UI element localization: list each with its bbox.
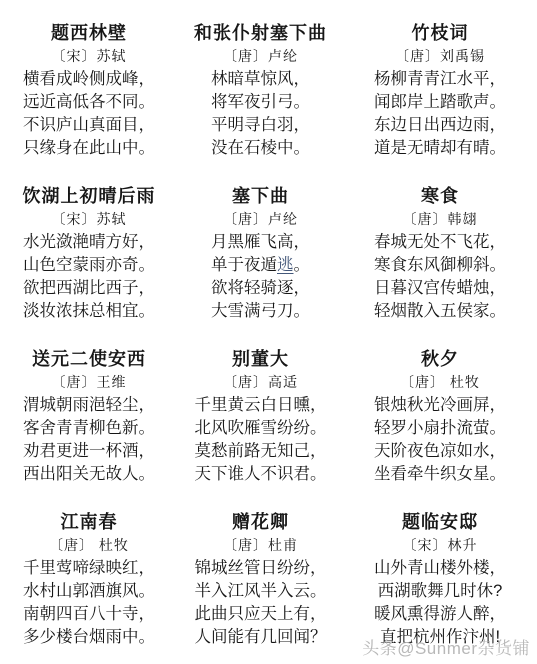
poem-title: 题临安邸 [343, 511, 537, 534]
poem-line: 渭城朝雨浥轻尘， [0, 394, 178, 417]
poem-author: 〔唐〕卢纶 [178, 45, 343, 68]
poem-line: 淡妆浓抹总相宜。 [0, 300, 178, 323]
poem-line: 坐看牵牛织女星。 [343, 463, 537, 486]
underlined-character: 逃 [277, 256, 294, 274]
poem-title: 竹枝词 [343, 22, 537, 45]
poem-line: 大雪满弓刀。 [178, 300, 343, 323]
poem-author: 〔唐〕 杜牧 [343, 371, 537, 394]
poem-line: 天下谁人不识君。 [178, 463, 343, 486]
poem-title: 饮湖上初晴后雨 [0, 185, 178, 208]
poem-line: 客舍青青柳色新。 [0, 417, 178, 440]
poem-line: 山外青山楼外楼， [343, 557, 537, 580]
poem-title: 和张仆射塞下曲 [178, 22, 343, 45]
poem-line: 北风吹雁雪纷纷。 [178, 417, 343, 440]
poem-line: 莫愁前路无知己， [178, 440, 343, 463]
poem-line: 劝君更进一杯酒， [0, 440, 178, 463]
poem-author: 〔唐〕卢纶 [178, 208, 343, 231]
line-segment: 。 [294, 256, 311, 274]
poem-card-tixilinbi: 题西林壁 〔宋〕苏轼 横看成岭侧成峰， 远近高低各不同。 不识庐山真面目， 只缘… [0, 13, 178, 176]
poem-author: 〔宋〕苏轼 [0, 45, 178, 68]
poem-line: 水村山郭酒旗风。 [0, 580, 178, 603]
poem-line: 欲将轻骑逐， [178, 277, 343, 300]
poem-line: 此曲只应天上有， [178, 603, 343, 626]
poem-author: 〔宋〕苏轼 [0, 208, 178, 231]
poem-line: 山色空蒙雨亦奇。 [0, 254, 178, 277]
poem-author: 〔唐〕韩翃 [343, 208, 537, 231]
poem-card-zenghuaqing: 赠花卿 〔唐〕杜甫 锦城丝管日纷纷， 半入江风半入云。 此曲只应天上有， 人间能… [178, 502, 343, 664]
poem-author: 〔唐〕刘禹锡 [343, 45, 537, 68]
poem-line: 杨柳青青江水平， [343, 68, 537, 91]
poem-line: 人间能有几回闻？ [178, 626, 343, 649]
poem-line: 只缘身在此山中。 [0, 137, 178, 160]
poem-line: 没在石棱中。 [178, 137, 343, 160]
poem-card-biedongda: 别董大 〔唐〕高适 千里黄云白日曛， 北风吹雁雪纷纷。 莫愁前路无知己， 天下谁… [178, 339, 343, 502]
poem-line: 千里黄云白日曛， [178, 394, 343, 417]
poem-line: 远近高低各不同。 [0, 91, 178, 114]
poem-line: 银烛秋光冷画屏， [343, 394, 537, 417]
poem-line: 轻罗小扇扑流萤。 [343, 417, 537, 440]
poem-line: 横看成岭侧成峰， [0, 68, 178, 91]
poem-grid: 题西林壁 〔宋〕苏轼 横看成岭侧成峰， 远近高低各不同。 不识庐山真面目， 只缘… [0, 0, 537, 664]
poem-line: 千里莺啼绿映红， [0, 557, 178, 580]
poem-title: 题西林壁 [0, 22, 178, 45]
poem-title: 送元二使安西 [0, 348, 178, 371]
poem-line: 日暮汉宫传蜡烛， [343, 277, 537, 300]
poem-author: 〔唐〕王维 [0, 371, 178, 394]
poem-line: 林暗草惊风， [178, 68, 343, 91]
poem-card-hezhangpushesaixiaqu: 和张仆射塞下曲 〔唐〕卢纶 林暗草惊风， 将军夜引弓。 平明寻白羽， 没在石棱中… [178, 13, 343, 176]
poem-author: 〔唐〕杜甫 [178, 534, 343, 557]
poem-line: 多少楼台烟雨中。 [0, 626, 178, 649]
poem-line: 平明寻白羽， [178, 114, 343, 137]
poem-line: 南朝四百八十寺， [0, 603, 178, 626]
poem-card-yinhushangchuqinghouyu: 饮湖上初晴后雨 〔宋〕苏轼 水光潋滟晴方好， 山色空蒙雨亦奇。 欲把西湖比西子，… [0, 176, 178, 339]
poem-card-songyuanershianxi: 送元二使安西 〔唐〕王维 渭城朝雨浥轻尘， 客舍青青柳色新。 劝君更进一杯酒， … [0, 339, 178, 502]
poem-title: 别董大 [178, 348, 343, 371]
poem-card-saixiaqu: 塞下曲 〔唐〕卢纶 月黑雁飞高， 单于夜遁逃。 欲将轻骑逐， 大雪满弓刀。 [178, 176, 343, 339]
poem-line: 道是无晴却有晴。 [343, 137, 537, 160]
poem-card-qiuxi: 秋夕 〔唐〕 杜牧 银烛秋光冷画屏， 轻罗小扇扑流萤。 天阶夜色凉如水， 坐看牵… [343, 339, 537, 502]
poem-card-jiangnanchun: 江南春 〔唐〕 杜牧 千里莺啼绿映红， 水村山郭酒旗风。 南朝四百八十寺， 多少… [0, 502, 178, 664]
poem-line: 东边日出西边雨， [343, 114, 537, 137]
poem-line: 天阶夜色凉如水， [343, 440, 537, 463]
poem-author: 〔唐〕高适 [178, 371, 343, 394]
poem-line: 暖风熏得游人醉， [343, 603, 537, 626]
poem-line: 春城无处不飞花， [343, 231, 537, 254]
poem-line: 西出阳关无故人。 [0, 463, 178, 486]
line-segment: 单于夜遁 [211, 256, 277, 274]
poem-author: 〔宋〕林升 [343, 534, 537, 557]
poem-card-hanshi: 寒食 〔唐〕韩翃 春城无处不飞花， 寒食东风御柳斜。 日暮汉宫传蜡烛， 轻烟散入… [343, 176, 537, 339]
poem-title: 寒食 [343, 185, 537, 208]
poem-title: 塞下曲 [178, 185, 343, 208]
poem-title: 江南春 [0, 511, 178, 534]
poem-line: 月黑雁飞高， [178, 231, 343, 254]
poem-line: 不识庐山真面目， [0, 114, 178, 137]
poem-line: 寒食东风御柳斜。 [343, 254, 537, 277]
watermark: 头条@Sunmer杂货铺 [362, 634, 530, 659]
poem-title: 赠花卿 [178, 511, 343, 534]
poem-line-with-underline: 单于夜遁逃。 [178, 254, 343, 277]
poem-line: 水光潋滟晴方好， [0, 231, 178, 254]
poem-line: 半入江风半入云。 [178, 580, 343, 603]
poem-line: 闻郎岸上踏歌声。 [343, 91, 537, 114]
poem-line: 西湖歌舞几时休? [343, 580, 537, 603]
poem-line: 锦城丝管日纷纷， [178, 557, 343, 580]
poem-author: 〔唐〕 杜牧 [0, 534, 178, 557]
poem-line: 欲把西湖比西子， [0, 277, 178, 300]
poem-card-zhuzhici: 竹枝词 〔唐〕刘禹锡 杨柳青青江水平， 闻郎岸上踏歌声。 东边日出西边雨， 道是… [343, 13, 537, 176]
poem-line: 轻烟散入五侯家。 [343, 300, 537, 323]
poem-title: 秋夕 [343, 348, 537, 371]
poem-line: 将军夜引弓。 [178, 91, 343, 114]
